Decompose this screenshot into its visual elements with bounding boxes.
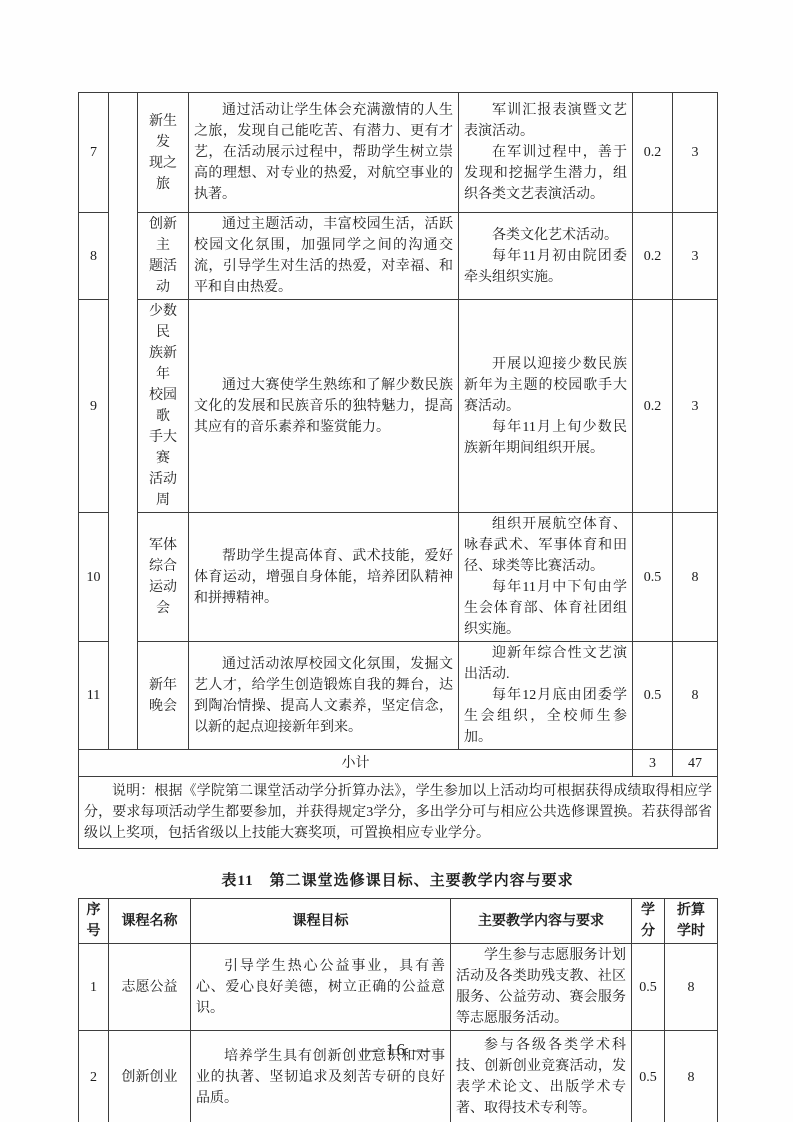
- header-hours: 折算 学时: [665, 899, 718, 944]
- activity-goal: 帮助学生提高体育、武术技能，爱好体育运动，增强自身体能，培养团队精神和拼搏精神。: [189, 513, 459, 642]
- credit-value: 0.2: [633, 213, 673, 300]
- hours-value: 3: [673, 93, 718, 213]
- activity-name: 新年 晚会: [138, 642, 189, 750]
- goal-text: 帮助学生提高体育、武术技能，爱好体育运动，增强自身体能，培养团队精神和拼搏精神。: [194, 546, 453, 609]
- header-credit: 学 分: [632, 899, 665, 944]
- content-paragraph: 每年11月中下旬由学生会体育部、体育社团组织实施。: [464, 577, 627, 640]
- table-note: 说明：根据《学院第二课堂活动学分折算办法》，学生参加以上活动均可根据获得成绩取得…: [79, 777, 718, 849]
- table11-title: 表11 第二课堂选修课目标、主要教学内容与要求: [78, 869, 717, 890]
- content-paragraph: 军训汇报表演暨文艺表演活动。: [464, 100, 627, 142]
- hours-value: 3: [673, 300, 718, 513]
- header-seq: 序 号: [79, 899, 109, 944]
- activity-content: 开展以迎接少数民族新年为主题的校园歌手大赛活动。 每年11月上旬少数民族新年期间…: [459, 300, 633, 513]
- activity-name: 新生发 现之旅: [138, 93, 189, 213]
- table-row: 7 新生发 现之旅 通过活动让学生体会充满激情的人生之旅，发现自己能吃苦、有潜力…: [79, 93, 718, 213]
- content-paragraph: 在军训过程中，善于发现和挖掘学生潜力，组织各类文艺表演活动。: [464, 142, 627, 205]
- goal-text: 引导学生热心公益事业，具有善心、爱心良好美德，树立正确的公益意识。: [196, 956, 445, 1019]
- note-text: 说明：根据《学院第二课堂活动学分折算办法》，学生参加以上活动均可根据获得成绩取得…: [84, 781, 712, 844]
- goal-text: 通过活动浓厚校园文化氛围，发掘文艺人才，给学生创造锻炼自我的舞台，达到陶冶情操、…: [194, 654, 453, 738]
- activity-name: 创新主 题活动: [138, 213, 189, 300]
- course-goal: 引导学生热心公益事业，具有善心、爱心良好美德，树立正确的公益意识。: [191, 944, 451, 1031]
- row-number: 11: [79, 642, 109, 750]
- credit-value: 0.5: [632, 944, 665, 1031]
- subtotal-label: 小计: [79, 750, 633, 777]
- header-course-name: 课程名称: [109, 899, 191, 944]
- table-row: 11 新年 晚会 通过活动浓厚校园文化氛围，发掘文艺人才，给学生创造锻炼自我的舞…: [79, 642, 718, 750]
- row-number: 7: [79, 93, 109, 213]
- activity-goal: 通过主题活动，丰富校园生活，活跃校园文化氛围，加强同学之间的沟通交流，引导学生对…: [189, 213, 459, 300]
- content-paragraph: 每年12月底由团委学生会组织，全校师生参加。: [464, 685, 627, 748]
- activity-goal: 通过大赛使学生熟练和了解少数民族文化的发展和民族音乐的独特魅力，提高其应有的音乐…: [189, 300, 459, 513]
- content-paragraph: 开展以迎接少数民族新年为主题的校园歌手大赛活动。: [464, 354, 627, 417]
- content-paragraph: 每年11月初由院团委牵头组织实施。: [464, 246, 627, 288]
- note-row: 说明：根据《学院第二课堂活动学分折算办法》，学生参加以上活动均可根据获得成绩取得…: [79, 777, 718, 849]
- header-content: 主要教学内容与要求: [451, 899, 632, 944]
- page-content: 7 新生发 现之旅 通过活动让学生体会充满激情的人生之旅，发现自己能吃苦、有潜力…: [78, 92, 717, 1122]
- goal-text: 通过大赛使学生熟练和了解少数民族文化的发展和民族音乐的独特魅力，提高其应有的音乐…: [194, 375, 453, 438]
- hours-value: 8: [665, 944, 718, 1031]
- content-paragraph: 迎新年综合性文艺演出活动.: [464, 643, 627, 685]
- header-row: 序 号 课程名称 课程目标 主要教学内容与要求 学 分 折算 学时: [79, 899, 718, 944]
- document-page: 7 新生发 现之旅 通过活动让学生体会充满激情的人生之旅，发现自己能吃苦、有潜力…: [0, 0, 793, 1122]
- activity-table: 7 新生发 现之旅 通过活动让学生体会充满激情的人生之旅，发现自己能吃苦、有潜力…: [78, 92, 718, 849]
- credit-value: 0.5: [633, 642, 673, 750]
- credit-value: 0.2: [633, 93, 673, 213]
- row-number: 10: [79, 513, 109, 642]
- activity-content: 组织开展航空体育、咏春武术、军事体育和田径、球类等比赛活动。 每年11月中下旬由…: [459, 513, 633, 642]
- subtotal-credit: 3: [633, 750, 673, 777]
- activity-content: 军训汇报表演暨文艺表演活动。 在军训过程中，善于发现和挖掘学生潜力，组织各类文艺…: [459, 93, 633, 213]
- activity-goal: 通过活动让学生体会充满激情的人生之旅，发现自己能吃苦、有潜力、更有才艺，在活动展…: [189, 93, 459, 213]
- elective-course-table: 序 号 课程名称 课程目标 主要教学内容与要求 学 分 折算 学时 1 志愿公益…: [78, 898, 718, 1122]
- header-course-goal: 课程目标: [191, 899, 451, 944]
- table-row: 10 军体 综合 运动会 帮助学生提高体育、武术技能，爱好体育运动，增强自身体能…: [79, 513, 718, 642]
- course-name: 志愿公益: [109, 944, 191, 1031]
- activity-name: 少数民 族新年 校园歌 手大赛 活动周: [138, 300, 189, 513]
- hours-value: 8: [673, 513, 718, 642]
- table-row: 9 少数民 族新年 校园歌 手大赛 活动周 通过大赛使学生熟练和了解少数民族文化…: [79, 300, 718, 513]
- table-row: 1 志愿公益 引导学生热心公益事业，具有善心、爱心良好美德，树立正确的公益意识。…: [79, 944, 718, 1031]
- category-cell: [109, 93, 138, 750]
- activity-goal: 通过活动浓厚校园文化氛围，发掘文艺人才，给学生创造锻炼自我的舞台，达到陶冶情操、…: [189, 642, 459, 750]
- activity-name: 军体 综合 运动会: [138, 513, 189, 642]
- content-paragraph: 学生参与志愿服务计划活动及各类助残支教、社区服务、公益劳动、赛会服务等志愿服务活…: [456, 945, 626, 1029]
- goal-text: 通过主题活动，丰富校园生活，活跃校园文化氛围，加强同学之间的沟通交流，引导学生对…: [194, 214, 453, 298]
- content-paragraph: 组织开展航空体育、咏春武术、军事体育和田径、球类等比赛活动。: [464, 514, 627, 577]
- activity-content: 迎新年综合性文艺演出活动. 每年12月底由团委学生会组织，全校师生参加。: [459, 642, 633, 750]
- credit-value: 0.2: [633, 300, 673, 513]
- row-number: 9: [79, 300, 109, 513]
- row-number: 1: [79, 944, 109, 1031]
- activity-content: 各类文化艺术活动。 每年11月初由院团委牵头组织实施。: [459, 213, 633, 300]
- content-paragraph: 各类文化艺术活动。: [464, 225, 627, 246]
- subtotal-row: 小计 3 47: [79, 750, 718, 777]
- subtotal-hours: 47: [673, 750, 718, 777]
- page-number: — 16 —: [0, 1040, 793, 1060]
- content-paragraph: 每年11月上旬少数民族新年期间组织开展。: [464, 417, 627, 459]
- hours-value: 3: [673, 213, 718, 300]
- hours-value: 8: [673, 642, 718, 750]
- table-row: 8 创新主 题活动 通过主题活动，丰富校园生活，活跃校园文化氛围，加强同学之间的…: [79, 213, 718, 300]
- course-content: 学生参与志愿服务计划活动及各类助残支教、社区服务、公益劳动、赛会服务等志愿服务活…: [451, 944, 632, 1031]
- goal-text: 通过活动让学生体会充满激情的人生之旅，发现自己能吃苦、有潜力、更有才艺，在活动展…: [194, 100, 453, 205]
- row-number: 8: [79, 213, 109, 300]
- credit-value: 0.5: [633, 513, 673, 642]
